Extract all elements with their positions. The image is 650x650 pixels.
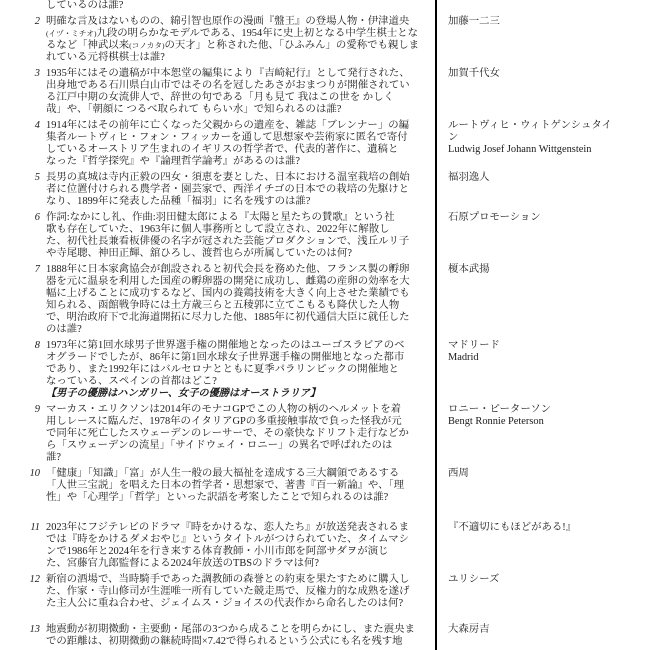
question-number: 4 — [0, 120, 40, 132]
answer-text: 『不適切にもほどがある!』 — [448, 522, 613, 534]
question-number: 3 — [0, 68, 40, 80]
question-line: 者に位置付けられる農学者・園芸家で、西洋イチゴの日本での栽培の先駆けと — [46, 184, 434, 196]
answer-text: ロニー・ピーターソン — [448, 404, 613, 416]
question-text: しているのは誰? — [46, 0, 434, 12]
quiz-row: 2明確な言及はないものの、綿引智也原作の漫画『盤王』の登場人物・伊津道央(イヅ・… — [0, 16, 650, 64]
question-cell: 5長男の真城は寺内正毅の四女・須恵を妻とした、日本における温室栽培の創始者に位置… — [0, 172, 441, 208]
answer-text: 大森房吉 — [448, 624, 613, 636]
answer-text: マドリード — [448, 340, 613, 352]
question-line: のは誰? — [46, 324, 434, 336]
question-line: であり、また1992年にはバルセロナとともに夏季パラリンピックの開催地と — [46, 364, 434, 376]
question-line: た、宮藤官九郎監督による2024年放送のTBSのドラマは何? — [46, 558, 434, 570]
question-line: なっている、スペインの首都はどこ? — [46, 376, 434, 388]
question-cell: 112023年にフジテレビのドラマ『時をかけるな、恋人たち』が放送発表されるまで… — [0, 522, 441, 570]
question-line: 哉」や、「朝顔に つるべ取られて もらい水」で知られるのは誰? — [46, 104, 434, 116]
question-cell: 6作詞:なかにし礼、作曲:羽田健太郎による『太陽と星たちの賛歌』という社歌も存在… — [0, 212, 441, 260]
question-line: ンで1986年と2024年を行き来する体育教師・小川市郎を阿部サダヲが演じ — [46, 546, 434, 558]
question-segment: るなど「神武以来 — [46, 40, 129, 51]
question-line: 2023年にフジテレビのドラマ『時をかけるな、恋人たち』が放送発表されるま — [46, 522, 434, 534]
question-line: 1973年に第1回水球男子世界選手権の開催地となったのはユーゴスラビアのベ — [46, 340, 434, 352]
question-text: 明確な言及はないものの、綿引智也原作の漫画『盤王』の登場人物・伊津道央(イヅ・ミ… — [46, 16, 434, 64]
question-number: 7 — [0, 264, 40, 276]
question-line: 1914年にはその前年に亡くなった父親からの遺産を、雑誌「ブレンナー」の編 — [46, 120, 434, 132]
question-number: 8 — [0, 340, 40, 352]
answer-text: 福羽逸人 — [448, 172, 613, 184]
question-line: れている元将棋棋士は誰? — [46, 52, 434, 64]
question-line: マーカス・エリクソンは2014年のモナコGPでこの人物の柄のヘルメットを着 — [46, 404, 434, 416]
answer-cell: 福羽逸人 — [448, 172, 613, 184]
question-text: 長男の真城は寺内正毅の四女・須恵を妻とした、日本における温室栽培の創始者に位置付… — [46, 172, 434, 208]
quiz-row: 5長男の真城は寺内正毅の四女・須恵を妻とした、日本における温室栽培の創始者に位置… — [0, 172, 650, 208]
question-line: 1888年に日本家禽協会が創設されると初代会長を務めた他、フランス製の孵卵 — [46, 264, 434, 276]
answer-cell: ロニー・ピーターソンBengt Ronnie Peterson — [448, 404, 613, 428]
question-line: なった『哲学探究』や『論理哲学論考』があるのは誰? — [46, 156, 434, 168]
question-line: 作詞:なかにし礼、作曲:羽田健太郎による『太陽と星たちの賛歌』という社 — [46, 212, 434, 224]
question-line: る江戸中期の女流俳人で、辞世の句である「月も見て 我はこの世を かしく — [46, 92, 434, 104]
question-cell: 13地震動が初期微動・主要動・尾部の3つから成ることを明らかにし、また震央までの… — [0, 624, 441, 648]
question-line: なり、1899年に発表した品種「福羽」に名を残すのは誰? — [46, 196, 434, 208]
question-text: 1914年にはその前年に亡くなった父親からの遺産を、雑誌「ブレンナー」の編集者ル… — [46, 120, 434, 168]
question-segment: の天才」と称された他、「ひふみん」の愛称でも親しま — [164, 40, 419, 51]
question-line: 長男の真城は寺内正毅の四女・須恵を妻とした、日本における温室栽培の創始 — [46, 172, 434, 184]
question-line: オグラードでしたが、86年に第1回水球女子世界選手権の開催地となった都市 — [46, 352, 434, 364]
question-line: 知られる、函館戦争時には土方歳三らと五稜郭に立てこもるも降伏した人物 — [46, 300, 434, 312]
question-text: 新宿の酒場で、当時騎手であった調教師の森誉との約束を果たすために購入した、作家・… — [46, 574, 434, 610]
question-cell: 9マーカス・エリクソンは2014年のモナコGPでこの人物の柄のヘルメットを着用し… — [0, 404, 441, 464]
question-line: 集者ルートヴィヒ・フォン・フィッカーを通して思想家や芸術家に匿名で寄付 — [46, 132, 434, 144]
furigana-text: (イヅ・ミチオ) — [46, 29, 96, 38]
question-number: 6 — [0, 212, 40, 224]
quiz-row: 31935年にはその遺稿が中本恕堂の編集により『吉崎紀行』として発行された、出身… — [0, 68, 650, 116]
answer-cell: ルートヴィヒ・ウィトゲンシュタインLudwig Josef Johann Wit… — [448, 120, 613, 156]
question-text: 2023年にフジテレビのドラマ『時をかけるな、恋人たち』が放送発表されるまでは『… — [46, 522, 434, 570]
question-line: で同年に死亡したスウェーデンのレーサーで、その豪快なドリフト走行などか — [46, 428, 434, 440]
question-cell: 12新宿の酒場で、当時騎手であった調教師の森誉との約束を果たすために購入した、作… — [0, 574, 441, 610]
quiz-sheet: しているのは誰?2明確な言及はないものの、綿引智也原作の漫画『盤王』の登場人物・… — [0, 0, 650, 650]
question-number: 13 — [0, 624, 40, 636]
question-cell: 71888年に日本家禽協会が創設されると初代会長を務めた他、フランス製の孵卵器を… — [0, 264, 441, 336]
answer-text: ユリシーズ — [448, 574, 613, 586]
question-text: 「健康」「知識」「富」が人生一般の最大福祉を達成する三大綱領であるする「人世三宝… — [46, 468, 434, 504]
question-line: た、作家・寺山修司が生涯唯一所有していた競走馬で、反権力的な成熟を遂げ — [46, 586, 434, 598]
question-text: マーカス・エリクソンは2014年のモナコGPでこの人物の柄のヘルメットを着用しレ… — [46, 404, 434, 464]
quiz-row: 10「健康」「知識」「富」が人生一般の最大福祉を達成する三大綱領であるする「人世… — [0, 468, 650, 504]
question-line: 「人世三宝説」を唱えた日本の哲学者・思想家で、著書『百一新論』や、「理 — [46, 480, 434, 492]
answer-text: Ludwig Josef Johann Wittgenstein — [448, 144, 613, 156]
answer-text: 榎本武揚 — [448, 264, 613, 276]
question-cell: 10「健康」「知識」「富」が人生一般の最大福祉を達成する三大綱領であるする「人世… — [0, 468, 441, 504]
question-line: で、明治政府下で北海道開拓に尽力した他、1885年に初代通信大臣に就任した — [46, 312, 434, 324]
quiz-row: 71888年に日本家禽協会が創設されると初代会長を務めた他、フランス製の孵卵器を… — [0, 264, 650, 336]
quiz-row: 12新宿の酒場で、当時騎手であった調教師の森誉との約束を果たすために購入した、作… — [0, 574, 650, 610]
question-line: (イヅ・ミチオ)九段の明らかなモデルである、1954年に史上初となる中学生棋士と… — [46, 28, 434, 40]
question-cell: 2明確な言及はないものの、綿引智也原作の漫画『盤王』の登場人物・伊津道央(イヅ・… — [0, 16, 441, 64]
answer-cell: マドリードMadrid — [448, 340, 613, 364]
question-number: 11 — [0, 522, 40, 534]
question-line: 器を元に温泉を利用した国産の孵卵器の開発に成功し、雌鶏の産卵の効率を大 — [46, 276, 434, 288]
answer-cell: 大森房吉 — [448, 624, 613, 636]
quiz-row: 13地震動が初期微動・主要動・尾部の3つから成ることを明らかにし、また震央までの… — [0, 624, 650, 648]
question-line: や寺尾聰、神田正輝、舘ひろし、渡哲也らが所属していたのは何? — [46, 248, 434, 260]
answer-text: Bengt Ronnie Peterson — [448, 416, 613, 428]
question-line: 明確な言及はないものの、綿引智也原作の漫画『盤王』の登場人物・伊津道央 — [46, 16, 434, 28]
question-line: 用しレースに臨んだ、1978年のイタリアGPの多重接触事故で負った怪我が元 — [46, 416, 434, 428]
quiz-row: 81973年に第1回水球男子世界選手権の開催地となったのはユーゴスラビアのベオグ… — [0, 340, 650, 400]
question-text: 1888年に日本家禽協会が創設されると初代会長を務めた他、フランス製の孵卵器を元… — [46, 264, 434, 336]
answer-text: 石原プロモーション — [448, 212, 613, 224]
answer-text: 加賀千代女 — [448, 68, 613, 80]
quiz-row: 112023年にフジテレビのドラマ『時をかけるな、恋人たち』が放送発表されるまで… — [0, 522, 650, 570]
question-number: 2 — [0, 16, 40, 28]
answer-text: 加藤一二三 — [448, 16, 613, 28]
question-note: 【男子の優勝はハンガリー、女子の優勝はオーストラリア】 — [46, 388, 434, 400]
answer-cell: 『不適切にもほどがある!』 — [448, 522, 613, 534]
question-segment: 九段の明らかなモデルである、1954年に史上初となる中学生棋士とな — [96, 28, 418, 39]
quiz-row: 9マーカス・エリクソンは2014年のモナコGPでこの人物の柄のヘルメットを着用し… — [0, 404, 650, 464]
question-line: 誰? — [46, 452, 434, 464]
answer-cell: 西周 — [448, 468, 613, 480]
question-number: 10 — [0, 468, 40, 480]
question-cell: 81973年に第1回水球男子世界選手権の開催地となったのはユーゴスラビアのベオグ… — [0, 340, 441, 400]
furigana-text: (コノカタ) — [129, 41, 164, 50]
question-cell: 41914年にはその前年に亡くなった父親からの遺産を、雑誌「ブレンナー」の編集者… — [0, 120, 441, 168]
answer-text: Madrid — [448, 352, 613, 364]
question-line: 新宿の酒場で、当時騎手であった調教師の森誉との約束を果たすために購入し — [46, 574, 434, 586]
question-line: しているオーストリア生まれのイギリスの哲学者で、代表的著作に、遺稿と — [46, 144, 434, 156]
question-line: 地震動が初期微動・主要動・尾部の3つから成ることを明らかにし、また震央ま — [46, 624, 434, 636]
question-text: 1973年に第1回水球男子世界選手権の開催地となったのはユーゴスラビアのベオグラ… — [46, 340, 434, 400]
answer-cell: 石原プロモーション — [448, 212, 613, 224]
question-line: るなど「神武以来(コノカタ)の天才」と称された他、「ひふみん」の愛称でも親しま — [46, 40, 434, 52]
answer-text: 西周 — [448, 468, 613, 480]
question-line: 歌も存在していた、1963年に個人事務所として設立され、2022年に解散し — [46, 224, 434, 236]
question-line: ら「スウェーデンの流星」「サイドウェイ・ロニー」の異名で呼ばれたのは — [46, 440, 434, 452]
question-cell: しているのは誰? — [0, 0, 441, 12]
question-line: では『時をかけるダメおやじ』というタイトルがつけられていた、タイムマシ — [46, 534, 434, 546]
question-line: 1935年にはその遺稿が中本恕堂の編集により『吉崎紀行』として発行された、 — [46, 68, 434, 80]
answer-cell: 加藤一二三 — [448, 16, 613, 28]
question-line: 出身地である石川県白山市ではその名を冠したあさがおまつりが開催されてい — [46, 80, 434, 92]
question-text: 地震動が初期微動・主要動・尾部の3つから成ることを明らかにし、また震央までの距離… — [46, 624, 434, 648]
answer-cell: 加賀千代女 — [448, 68, 613, 80]
question-text: 1935年にはその遺稿が中本恕堂の編集により『吉崎紀行』として発行された、出身地… — [46, 68, 434, 116]
question-number: 5 — [0, 172, 40, 184]
question-line: た、初代社長兼看板俳優の名字が冠された芸能プロダクションで、浅丘ルリ子 — [46, 236, 434, 248]
question-number: 9 — [0, 404, 40, 416]
question-line: しているのは誰? — [46, 0, 434, 12]
quiz-row: しているのは誰? — [0, 0, 650, 12]
question-cell: 31935年にはその遺稿が中本恕堂の編集により『吉崎紀行』として発行された、出身… — [0, 68, 441, 116]
question-line: 性」や「心理学」「哲学」といった訳語を考案したことで知られるのは誰? — [46, 492, 434, 504]
column-divider — [435, 0, 437, 650]
question-line: での距離は、初期微動の継続時間×7.42で得られるという公式にも名を残す地 — [46, 636, 434, 648]
question-line: 幅に上げることに成功するなど、国内の養鶏技術を大きく向上させた業績でも — [46, 288, 434, 300]
question-text: 作詞:なかにし礼、作曲:羽田健太郎による『太陽と星たちの賛歌』という社歌も存在し… — [46, 212, 434, 260]
quiz-rows-container: しているのは誰?2明確な言及はないものの、綿引智也原作の漫画『盤王』の登場人物・… — [0, 0, 650, 648]
question-line: た主人公に重ね合わせ、ジェイムス・ジョイスの代表作から命名したのは何? — [46, 598, 434, 610]
quiz-row: 41914年にはその前年に亡くなった父親からの遺産を、雑誌「ブレンナー」の編集者… — [0, 120, 650, 168]
answer-text: ルートヴィヒ・ウィトゲンシュタイン — [448, 120, 613, 144]
answer-cell: 榎本武揚 — [448, 264, 613, 276]
question-line: 「健康」「知識」「富」が人生一般の最大福祉を達成する三大綱領であるする — [46, 468, 434, 480]
answer-cell: ユリシーズ — [448, 574, 613, 586]
question-number: 12 — [0, 574, 40, 586]
quiz-row: 6作詞:なかにし礼、作曲:羽田健太郎による『太陽と星たちの賛歌』という社歌も存在… — [0, 212, 650, 260]
